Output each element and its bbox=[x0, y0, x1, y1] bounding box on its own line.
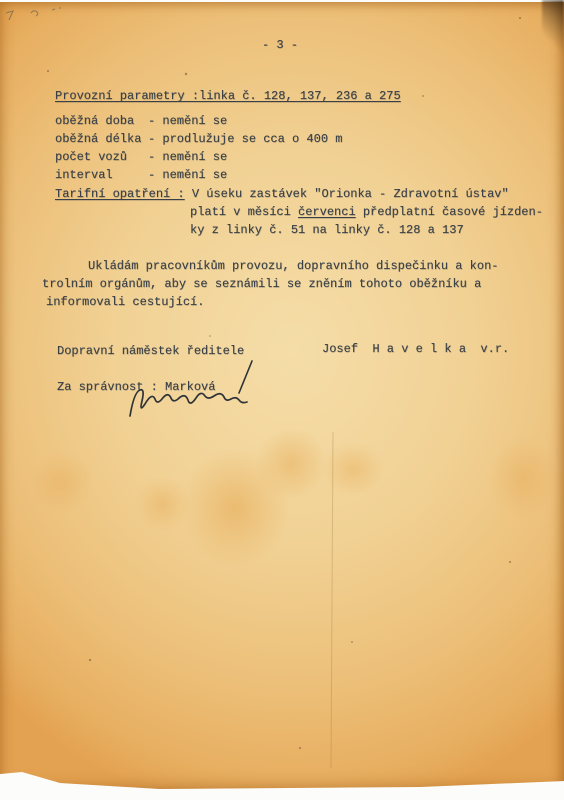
tariff-text-1: V úseku zastávek "Orionka - Zdravotní ús… bbox=[185, 187, 509, 201]
tariff-line-3: ky z linky č. 51 na linky č. 128 a 137 bbox=[190, 223, 464, 238]
tariff-text-2c: předplatní časové jízden- bbox=[356, 205, 543, 219]
param-label: oběžná doba bbox=[55, 114, 134, 129]
tariff-text-2a: platí v měsíci bbox=[190, 205, 298, 219]
document-heading: Provozní parametry :linka č. 128, 137, 2… bbox=[55, 89, 401, 104]
tariff-text-2b-underlined: červenci bbox=[298, 205, 356, 219]
page-corner-shadow bbox=[542, 0, 564, 64]
tariff-label: Tarifní opatření : bbox=[55, 187, 185, 201]
tariff-line-1: Tarifní opatření : V úseku zastávek "Ori… bbox=[55, 187, 509, 202]
signer-name: Josef H a v e l k a v.r. bbox=[322, 342, 509, 357]
tariff-line-2: platí v měsíci červenci předplatní časov… bbox=[190, 205, 543, 220]
body-paragraph-line: Ukládám pracovníkům provozu, dopravního … bbox=[88, 259, 498, 274]
certified-by: Za správnost : Marková bbox=[57, 380, 215, 395]
param-value: - nemění se bbox=[148, 168, 227, 183]
param-label: počet vozů bbox=[55, 150, 127, 165]
scanned-document: - 3 - Provozní parametry :linka č. 128, … bbox=[0, 0, 564, 800]
body-paragraph-line: trolním orgánům, aby se seznámili se zně… bbox=[42, 277, 481, 292]
param-value: - nemění se bbox=[148, 114, 227, 129]
param-value: - prodlužuje se cca o 400 m bbox=[148, 132, 342, 147]
body-paragraph-line: informovali cestující. bbox=[46, 295, 204, 310]
signer-title: Dopravní náměstek ředitele bbox=[57, 344, 244, 359]
page-number: - 3 - bbox=[262, 38, 298, 53]
param-label: oběžná délka bbox=[55, 132, 141, 147]
param-label: interval bbox=[55, 168, 113, 183]
param-value: - nemění se bbox=[148, 150, 227, 165]
